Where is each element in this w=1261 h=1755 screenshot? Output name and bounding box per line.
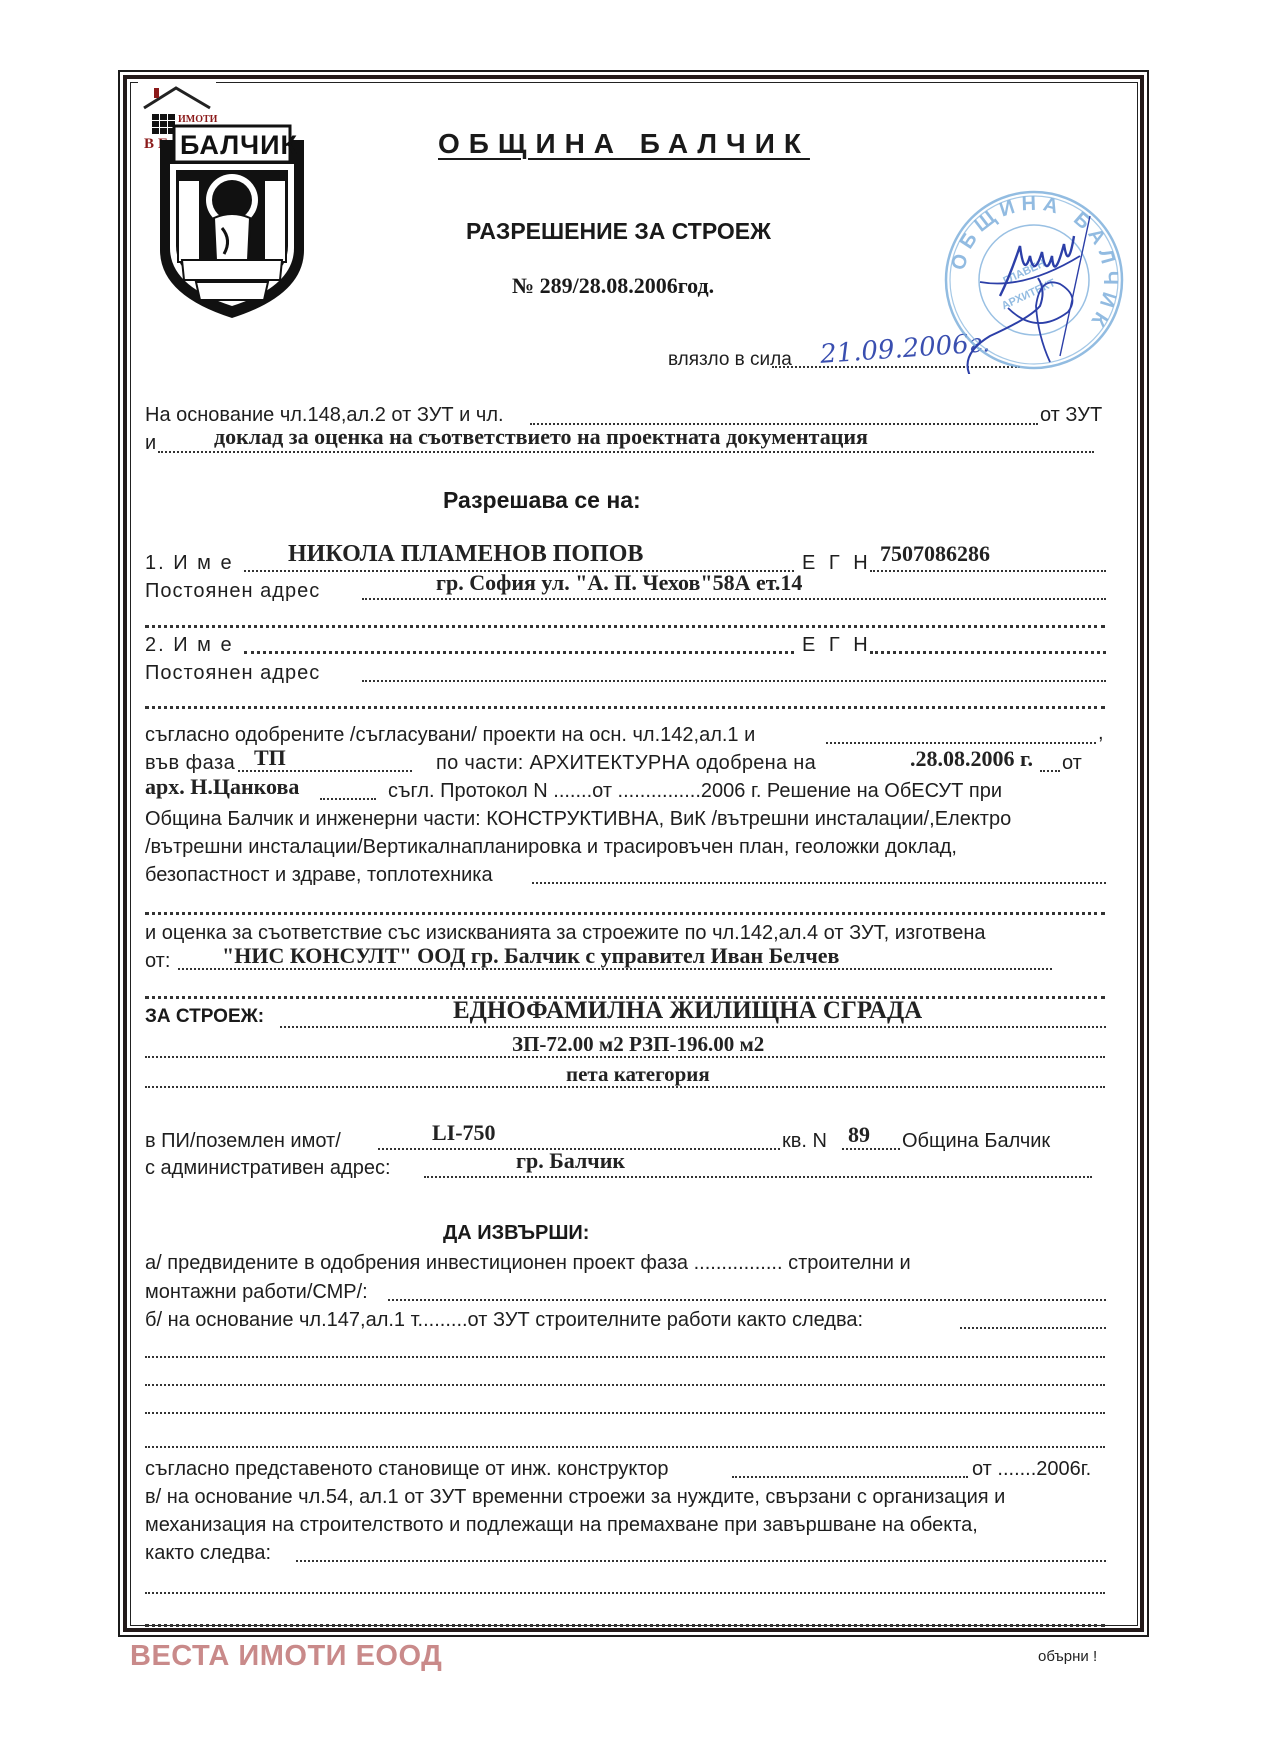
crest-label: БАЛЧИК xyxy=(180,130,298,161)
projects-line7: и оценка за съответствие със изискваният… xyxy=(145,922,986,945)
official-stamp: ОБЩИНА БАЛЧИК ГЛАВЕН АРХИТЕКТ xyxy=(940,186,1128,374)
parts-label: по части: АРХИТЕКТУРНА одобрена на xyxy=(436,752,816,775)
architect-name: арх. Н.Цанкова xyxy=(145,774,299,800)
holder2-egn-label: Е Г Н xyxy=(802,634,872,657)
phase-label: във фаза xyxy=(145,752,235,775)
construction-label: ЗА СТРОЕЖ: xyxy=(145,1006,264,1028)
plot-value: LI-750 xyxy=(432,1120,496,1146)
basis-line1-suffix: от ЗУТ xyxy=(1040,404,1102,427)
holder1-egn-value: 7507086286 xyxy=(880,541,990,567)
engineer-opinion-line: съгласно представеното становище от инж.… xyxy=(145,1458,669,1481)
permits-heading: Разрешава се на: xyxy=(443,487,641,514)
construction-type: ЕДНОФАМИЛНА ЖИЛИЩНА СГРАДА xyxy=(453,997,922,1025)
projects-line4: Община Балчик и инженерни части: КОНСТРУ… xyxy=(145,808,1011,831)
basis-line2-label: и xyxy=(145,432,156,455)
protocol-line: съгл. Протокол N .......от .............… xyxy=(388,780,1002,803)
task-c-line3: както следва: xyxy=(145,1542,271,1565)
agency-watermark: ВЕСТА ИМОТИ ЕООД xyxy=(130,1640,442,1673)
projects-line5: /вътрешни инсталации/Вертикалнапланировк… xyxy=(145,836,957,859)
approved-by-suffix: от xyxy=(1062,752,1082,775)
block-label: кв. N xyxy=(782,1130,827,1153)
task-c-line2: механизация на строителството и подлежащ… xyxy=(145,1514,978,1537)
plot-label: в ПИ/поземлен имот/ xyxy=(145,1130,341,1153)
holder2-address-label: Постоянен адрес xyxy=(145,662,320,685)
turn-over-note: обърни ! xyxy=(1038,1648,1097,1665)
approved-date: .28.08.2006 г. xyxy=(910,746,1033,772)
permit-number: № 289/28.08.2006год. xyxy=(512,273,714,299)
holder1-egn-label: Е Г Н xyxy=(802,552,872,575)
projects-line1: съгласно одобрените /съгласувани/ проект… xyxy=(145,724,755,747)
municipality-title: ОБЩИНА БАЛЧИК xyxy=(438,128,810,160)
admin-address-label: с административен адрес: xyxy=(145,1157,391,1180)
balchik-coat-of-arms: БАЛЧИК xyxy=(152,120,312,320)
construction-category: пета категория xyxy=(566,1062,710,1087)
tasks-heading: ДА ИЗВЪРШИ: xyxy=(443,1222,589,1245)
basis-line2-value: доклад за оценка на съответствието на пр… xyxy=(214,424,868,450)
holder1-address-label: Постоянен адрес xyxy=(145,580,320,603)
property-municipality: Община Балчик xyxy=(902,1130,1050,1153)
task-b-line1: б/ на основание чл.147,ал.1 т.........от… xyxy=(145,1309,863,1332)
block-value: 89 xyxy=(848,1122,870,1148)
holder2-name-label: 2. И м е xyxy=(145,634,234,657)
holder1-name-value: НИКОЛА ПЛАМЕНОВ ПОПОВ xyxy=(288,541,643,568)
round-stamp-icon: ОБЩИНА БАЛЧИК ГЛАВЕН АРХИТЕКТ xyxy=(940,186,1128,374)
task-a-line2: монтажни работи/СМР/: xyxy=(145,1281,368,1304)
phase-value: ТП xyxy=(254,745,286,771)
holder1-address-value: гр. София ул. "А. П. Чехов"58А ет.14 xyxy=(436,570,802,596)
projects-line6: безопастност и здраве, топлотехника xyxy=(145,864,493,887)
holder1-name-label: 1. И м е xyxy=(145,552,234,575)
task-c-line1: в/ на основание чл.54, ал.1 от ЗУТ време… xyxy=(145,1486,1005,1509)
assessor-label: от: xyxy=(145,950,170,973)
document-title: РАЗРЕШЕНИЕ ЗА СТРОЕЖ xyxy=(466,218,771,245)
construction-area: ЗП-72.00 м2 РЗП-196.00 м2 xyxy=(512,1032,764,1057)
engineer-opinion-date: от .......2006г. xyxy=(972,1458,1091,1481)
task-a-line1: а/ предвидените в одобрения инвестиционе… xyxy=(145,1252,911,1275)
admin-address-value: гр. Балчик xyxy=(516,1148,625,1174)
consultant-name: "НИС КОНСУЛТ" ООД гр. Балчик с управител… xyxy=(222,943,839,969)
